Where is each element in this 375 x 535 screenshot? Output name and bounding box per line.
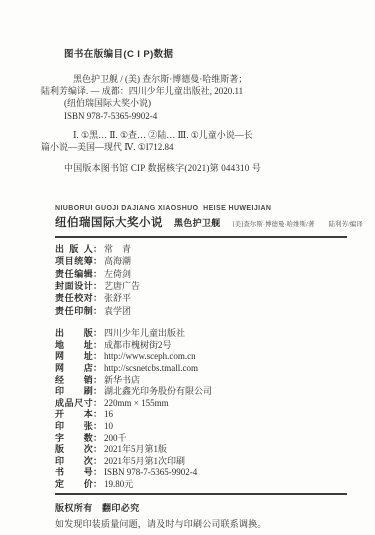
title-pinyin: NIUBORUI GUOJI DAJIANG XIAOSHUO HEISE HU… — [55, 205, 347, 212]
pub-row-online-store: 网店：http://scsnetcbs.tmall.com — [55, 363, 347, 375]
pub-value: 16 — [104, 409, 113, 419]
divider-top — [55, 236, 347, 238]
colon: ： — [93, 433, 102, 443]
cip-classification-line2: 篇小说—美国—现代 Ⅳ. ①I712.84 — [41, 141, 347, 153]
pub-label: 网店 — [55, 363, 93, 375]
copyright-notice: 版权所有 翻印必究 — [55, 501, 347, 514]
pub-row-distributor: 经销：新华书店 — [55, 375, 347, 387]
pub-label: 定价 — [55, 479, 93, 491]
pub-value: 2021年5月第1版 — [104, 444, 167, 454]
colon: ： — [93, 363, 102, 373]
pub-label: 出版 — [55, 328, 93, 340]
pub-label: 印刷 — [55, 386, 93, 398]
credit-value: 袁学团 — [104, 306, 131, 316]
colon: ： — [93, 340, 102, 350]
pub-row-impression: 印次：2021年5月第1次印刷 — [55, 456, 347, 468]
pub-row-publisher: 出版：四川少年儿童出版社 — [55, 328, 347, 340]
credit-label: 项目统筹 — [55, 255, 93, 267]
cip-header: 图书在版编目(C I P)数据 — [64, 46, 347, 60]
colon: ： — [93, 375, 102, 385]
pub-value: http://scsnetcbs.tmall.com — [104, 363, 198, 373]
credit-row-editor: 责任编辑：左倚剑 — [55, 268, 347, 280]
pub-label: 地址 — [55, 340, 93, 352]
pub-row-size: 成品尺寸：220mm × 155mm — [55, 398, 347, 410]
pub-value: 2021年5月第1次印刷 — [104, 456, 185, 466]
pub-value: 湖北鑫光印务股份有限公司 — [104, 386, 212, 396]
pub-row-price: 定价：19.80元 — [55, 479, 347, 491]
pub-row-printer: 印刷：湖北鑫光印务股份有限公司 — [55, 386, 347, 398]
pub-value: ISBN 978-7-5365-9902-4 — [104, 467, 197, 477]
colon: ： — [93, 256, 102, 266]
pub-label: 书号 — [55, 467, 93, 479]
credit-row-project-coordinator: 项目统筹：高海潮 — [55, 255, 347, 267]
pub-value: 200千 — [104, 433, 127, 443]
pub-row-book-number: 书号：ISBN 978-7-5365-9902-4 — [55, 467, 347, 479]
pub-row-word-count: 字数：200千 — [55, 433, 347, 445]
pub-label: 成品尺寸 — [55, 398, 93, 410]
credit-label: 责任校对 — [55, 292, 93, 304]
title-block: NIUBORUI GUOJI DAJIANG XIAOSHUO HEISE HU… — [55, 205, 347, 230]
colon: ： — [93, 386, 102, 396]
cip-classification-line1: Ⅰ. ①黑… Ⅱ. ①查… ②陆… Ⅲ. ①儿童小说—长 — [73, 129, 347, 141]
colon: ： — [93, 456, 102, 466]
pub-value: 19.80元 — [104, 479, 133, 489]
colon: ： — [93, 398, 102, 408]
pub-row-edition: 版次：2021年5月第1版 — [55, 444, 347, 456]
credit-value: 张舒平 — [104, 293, 131, 303]
footer-block: 版权所有 翻印必究 如发现印装质量问题，请及时与印刷公司联系调换。 — [41, 501, 347, 530]
colon: ： — [93, 421, 102, 431]
book-title: 黑色护卫舰 — [174, 216, 221, 229]
pub-row-sheets: 印张：10 — [55, 421, 347, 433]
colon: ： — [93, 328, 102, 338]
pub-row-website: 网址：http://www.sceph.com.cn — [55, 351, 347, 363]
colon: ： — [93, 281, 102, 291]
cip-series: (纽伯瑞国际大奖小说) — [64, 97, 347, 109]
credit-row-proofreader: 责任校对：张舒平 — [55, 292, 347, 304]
colon: ： — [93, 293, 102, 303]
pub-value: 成都市槐树街2号 — [104, 340, 172, 350]
credit-label: 责任编辑 — [55, 268, 93, 280]
colon: ： — [93, 269, 102, 279]
credit-row-print-supervisor: 责任印制：袁学团 — [55, 305, 347, 317]
credits-block: 出版人：常 青 项目统筹：高海潮 责任编辑：左倚剑 封面设计：艺唐广告 责任校对… — [55, 243, 347, 317]
cip-description-line1: 黑色护卫舰 / (美) 查尔斯·博德曼·哈维斯著； — [73, 73, 347, 85]
colon: ： — [93, 351, 102, 361]
pub-label: 版次 — [55, 444, 93, 456]
pub-label: 印张 — [55, 421, 93, 433]
colon: ： — [93, 409, 102, 419]
credit-row-cover-design: 封面设计：艺唐广告 — [55, 280, 347, 292]
cip-record-number: 中国版本图书馆 CIP 数据核字(2021)第 044310 号 — [64, 161, 347, 174]
pub-label: 字数 — [55, 433, 93, 445]
colon: ： — [93, 479, 102, 489]
pub-row-format: 开本：16 — [55, 409, 347, 421]
credit-label: 封面设计 — [55, 280, 93, 292]
credit-value: 高海潮 — [104, 256, 131, 266]
cip-block: 图书在版编目(C I P)数据 黑色护卫舰 / (美) 查尔斯·博德曼·哈维斯著… — [41, 46, 347, 174]
translator-credit: 陆利芳/编译 — [328, 219, 362, 228]
colon: ： — [93, 444, 102, 454]
pub-value: http://www.sceph.com.cn — [104, 351, 196, 361]
copyright-page: 图书在版编目(C I P)数据 黑色护卫舰 / (美) 查尔斯·博德曼·哈维斯著… — [0, 0, 375, 535]
divider-bottom — [55, 493, 347, 495]
colon: ： — [93, 244, 102, 254]
pub-label: 网址 — [55, 351, 93, 363]
pub-value: 新华书店 — [104, 375, 140, 385]
credit-value: 左倚剑 — [104, 269, 131, 279]
title-row: 纽伯瑞国际大奖小说 黑色护卫舰 [美]查尔斯·博德曼·哈维斯/著 陆利芳/编译 — [55, 214, 347, 230]
pub-label: 经销 — [55, 375, 93, 387]
cip-description-line2: 陆利芳编译. — 成都：四川少年儿童出版社, 2020.11 — [41, 85, 347, 97]
pub-label: 开本 — [55, 409, 93, 421]
colon: ： — [93, 306, 102, 316]
credit-label: 责任印制 — [55, 305, 93, 317]
pub-label: 印次 — [55, 456, 93, 468]
pub-value: 10 — [104, 421, 113, 431]
colon: ： — [93, 467, 102, 477]
quality-notice: 如发现印装质量问题，请及时与印刷公司联系调换。 — [55, 517, 347, 530]
credit-value: 常 青 — [104, 244, 131, 254]
credit-row-publisher-person: 出版人：常 青 — [55, 243, 347, 255]
credit-label: 出版人 — [55, 243, 93, 255]
publication-block: 出版：四川少年儿童出版社 地址：成都市槐树街2号 网址：http://www.s… — [55, 328, 347, 490]
pub-value: 四川少年儿童出版社 — [104, 328, 185, 338]
pub-value: 220mm × 155mm — [104, 398, 169, 408]
series-title: 纽伯瑞国际大奖小说 — [55, 214, 163, 230]
author-credit: [美]查尔斯·博德曼·哈维斯/著 — [233, 219, 315, 228]
credit-value: 艺唐广告 — [104, 281, 140, 291]
pub-row-address: 地址：成都市槐树街2号 — [55, 340, 347, 352]
cip-isbn: ISBN 978-7-5365-9902-4 — [64, 110, 347, 122]
